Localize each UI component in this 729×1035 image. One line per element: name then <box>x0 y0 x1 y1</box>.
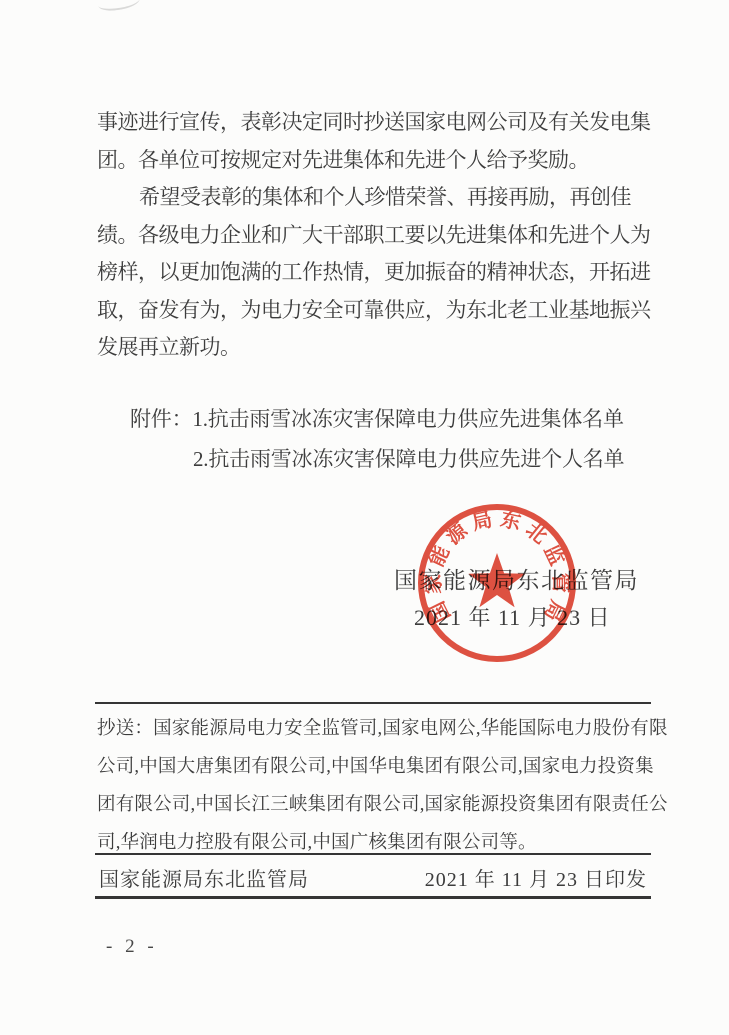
footer-issuer: 国家能源局东北监管局 <box>99 863 309 892</box>
attachment-item: 附件：1.抗击雨雪冰冻灾害保障电力供应先进集体名单 <box>130 399 624 439</box>
footer-bottom-line <box>95 896 651 899</box>
cc-block: 抄送：国家能源局电力安全监管司,国家电网公,华能国际电力股份有限 公司,中国大唐… <box>97 710 653 862</box>
body-text: 事迹进行宣传，表彰决定同时抄送国家电网公司及有关发电集 团。各单位可按规定对先进… <box>97 104 653 367</box>
attachment-item: 2.抗击雨雪冰冻灾害保障电力供应先进个人名单 <box>193 439 624 479</box>
cc-line: 抄送：国家能源局电力安全监管司,国家电网公,华能国际电力股份有限 <box>97 710 653 748</box>
body-line: 榜样，以更加饱满的工作热情，更加振奋的精神状态，开拓进 <box>97 254 653 292</box>
attachments-block: 附件：1.抗击雨雪冰冻灾害保障电力供应先进集体名单 2.抗击雨雪冰冻灾害保障电力… <box>130 399 624 479</box>
cc-line: 团有限公司,中国长江三峡集团有限公司,国家能源投资集团有限责任公 <box>97 786 653 824</box>
body-line: 发展再立新功。 <box>97 329 653 367</box>
body-line: 取，奋发有为，为电力安全可靠供应，为东北老工业基地振兴 <box>97 292 653 330</box>
document-page: 事迹进行宣传，表彰决定同时抄送国家电网公司及有关发电集 团。各单位可按规定对先进… <box>0 0 729 1035</box>
official-seal: 国家能源局东北监管局 <box>412 498 582 668</box>
page-number: - 2 - <box>106 936 158 958</box>
body-line: 绩。各级电力企业和广大干部职工要以先进集体和先进个人为 <box>97 217 653 255</box>
attachment-item-text: 1.抗击雨雪冰冻灾害保障电力供应先进集体名单 <box>192 407 623 431</box>
footer-print-date: 2021 年 11 月 23 日印发 <box>425 863 647 892</box>
body-line: 团。各单位可按规定对先进集体和先进个人给予奖励。 <box>97 142 653 180</box>
footer-top-line <box>95 853 651 855</box>
scan-artifact <box>97 0 140 12</box>
seal-star-icon <box>469 553 526 607</box>
cc-line: 司,华润电力控股有限公司,中国广核集团有限公司等。 <box>97 824 653 862</box>
cc-separator-line <box>95 702 651 704</box>
body-line: 事迹进行宣传，表彰决定同时抄送国家电网公司及有关发电集 <box>97 104 653 142</box>
attachments-label: 附件： <box>130 407 192 431</box>
footer-row: 国家能源局东北监管局 2021 年 11 月 23 日印发 <box>99 863 647 892</box>
body-line: 希望受表彰的集体和个人珍惜荣誉、再接再励，再创佳 <box>97 179 653 217</box>
cc-line: 公司,中国大唐集团有限公司,中国华电集团有限公司,国家电力投资集 <box>97 748 653 786</box>
